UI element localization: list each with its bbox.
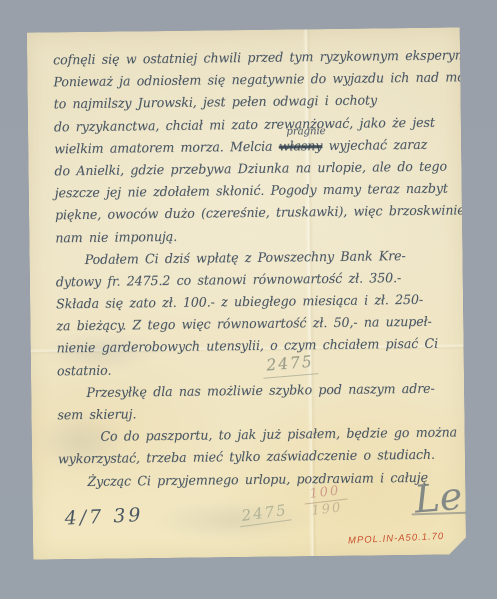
inserted-word: pragnie <box>286 126 325 136</box>
pencil-note-2475: 2475 <box>262 350 319 379</box>
line-text: ostatnio. <box>57 363 112 379</box>
line-text: wielkim amatorem morza. Melcia <box>54 139 272 157</box>
handwritten-line: Życząc Ci przyjemnego urlopu, pozdrawiam… <box>58 467 445 494</box>
scan-background: cofnęli się w ostatniej chwili przed tym… <box>0 0 497 599</box>
line-text: wyjechać zaraz <box>329 138 428 154</box>
signature-initials: Le <box>413 474 464 522</box>
pencil-fraction-note: 100 190 <box>303 483 349 520</box>
struck-word: własny <box>279 139 323 155</box>
catalog-number-stamp: MPOL.IN-A50.1.70 <box>348 531 445 547</box>
correction: własny pragnie <box>279 136 323 159</box>
letter-page: cofnęli się w ostatniej chwili przed tym… <box>27 27 466 559</box>
letter-date: 4/7 39 <box>64 504 144 530</box>
letter-body: cofnęli się w ostatniej chwili przed tym… <box>53 45 457 494</box>
